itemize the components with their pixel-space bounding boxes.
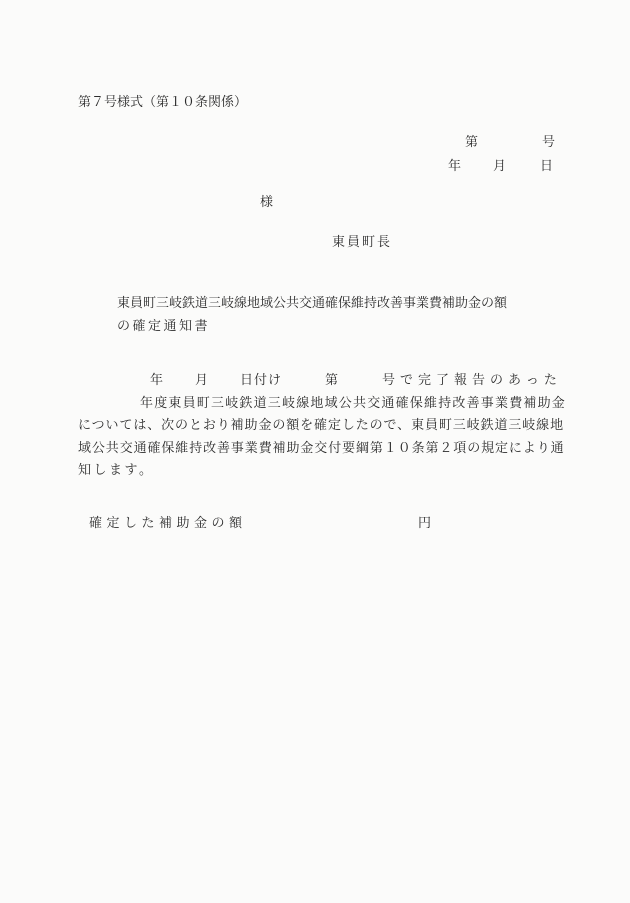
sender-title: 東員町長 (332, 234, 392, 249)
body-line-5: 知します。 (78, 462, 154, 477)
body-line-2: 年度東員町三岐鉄道三岐線地域公共交通確保維持改善事業費補助金 (140, 395, 566, 410)
doc-number-prefix: 第 (465, 134, 478, 149)
date-year-label: 年 (448, 158, 461, 173)
recipient-honorific: 様 (260, 194, 273, 209)
subject-line-2: の確定通知書 (117, 318, 210, 333)
body-date-day-label: 日付け (240, 372, 282, 387)
body-line-3: については、次のとおり補助金の額を確定したので、東員町三岐鉄道三岐線地 (78, 417, 564, 432)
subject-line-1: 東員町三岐鉄道三岐線地域公共交通確保維持改善事業費補助金の額 (117, 295, 507, 310)
body-line-4: 域公共交通確保維持改善事業費補助金交付要綱第１０条第２項の規定により通 (78, 440, 565, 455)
form-number: 第７号様式（第１０条関係） (78, 94, 247, 109)
date-day-label: 日 (540, 158, 553, 173)
body-report-text: 号で完了報告のあった (382, 372, 562, 387)
amount-unit: 円 (418, 515, 431, 530)
body-doc-no-prefix: 第 (325, 372, 338, 387)
document-page: 第７号様式（第１０条関係） 第 号 年 月 日 様 東員町長 東員町三岐鉄道三岐… (0, 0, 630, 903)
body-date-year-label: 年 (150, 372, 163, 387)
doc-number-unit: 号 (542, 134, 555, 149)
amount-label: 確定した補助金の額 (89, 515, 247, 530)
body-date-month-label: 月 (195, 372, 208, 387)
date-month-label: 月 (493, 158, 506, 173)
